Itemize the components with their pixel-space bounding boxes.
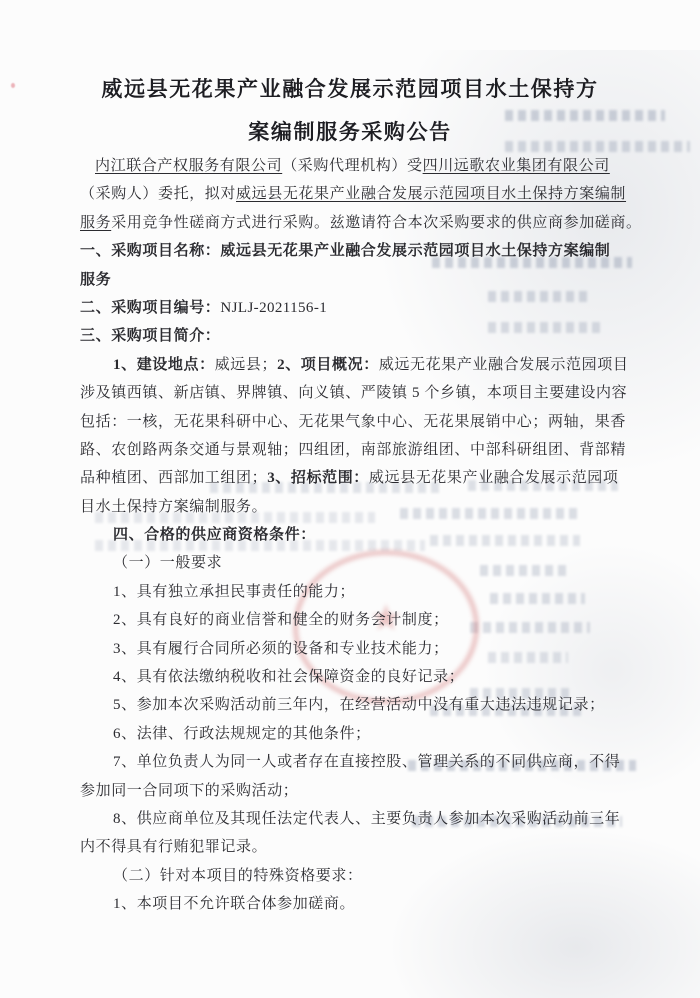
text-line: 二、采购项目编号：NJLJ-2021156-1 [80, 294, 628, 322]
text-line: 5、参加本次采购活动前三年内，在经营活动中没有重大违法违规记录； [80, 691, 628, 719]
text-line: 涉及镇西镇、新店镇、界牌镇、向义镇、严陵镇 5 个乡镇，本项目主要建设内容 [80, 379, 628, 407]
text-line: 4、具有依法缴纳税收和社会保障资金的良好记录； [80, 663, 628, 691]
text-line: 服务 [80, 266, 628, 294]
text-segment: 路、农创路两条交通与景观轴；四组团，南部旅游组团、中部科研组团、背部精 [80, 442, 626, 458]
text-segment: 四川远歌农业集团有限公司 [423, 158, 610, 174]
text-line: 目水土保持方案编制服务。 [80, 493, 628, 521]
text-line: （一）一般要求 [80, 549, 628, 577]
text-segment: 1、具有独立承担民事责任的能力； [113, 584, 355, 600]
text-segment: 采用竞争性磋商方式进行采购。兹邀请符合本次采购要求的供应商参加磋商。 [111, 215, 641, 231]
text-segment: 一、采购项目名称：威远县无花果产业融合发展示范园项目水土保持方案编制 [80, 243, 610, 259]
text-line: 6、法律、行政法规规定的其他条件； [80, 720, 628, 748]
text-segment: 涉及镇西镇、新店镇、界牌镇、向义镇、严陵镇 5 个乡镇，本项目主要建设内容 [80, 385, 627, 401]
text-line: 8、供应商单位及其现任法定代表人、主要负责人参加本次采购活动前三年 [80, 805, 628, 833]
text-segment: 6、法律、行政法规规定的其他条件； [113, 726, 371, 742]
text-line: 包括：一核，无花果科研中心、无花果气象中心、无花果展销中心；两轴，果香 [80, 408, 628, 436]
document-body: 内江联合产权服务有限公司（采购代理机构）受四川远歌农业集团有限公司（采购人）委托… [80, 152, 628, 919]
text-line: 内江联合产权服务有限公司（采购代理机构）受四川远歌农业集团有限公司 [80, 152, 628, 180]
text-line: 3、具有履行合同所必须的设备和专业技术能力； [80, 635, 628, 663]
title-line: 威远县无花果产业融合发展示范园项目水土保持方 [0, 68, 700, 111]
text-segment: （一）一般要求 [113, 555, 222, 571]
text-line: 2、具有良好的商业信誉和健全的财务会计制度； [80, 606, 628, 634]
text-segment: NJLJ-2021156-1 [220, 300, 327, 316]
text-segment: 二、采购项目编号： [80, 300, 220, 316]
text-line: 一、采购项目名称：威远县无花果产业融合发展示范园项目水土保持方案编制 [80, 237, 628, 265]
text-segment: 2、项目概况： [277, 357, 379, 373]
text-segment: （采购代理机构）受 [282, 158, 422, 174]
text-segment: （采购人）委托，拟对 [80, 186, 236, 202]
text-segment: 三、采购项目简介： [80, 328, 220, 344]
text-segment: 服务 [80, 272, 111, 288]
text-segment: 威远无花果产业融合发展示范园项目 [379, 357, 629, 373]
text-segment: 内不得具有行贿犯罪记录。 [80, 839, 267, 855]
text-line: 1、建设地点：威远县；2、项目概况：威远无花果产业融合发展示范园项目 [80, 351, 628, 379]
text-segment: 5、参加本次采购活动前三年内，在经营活动中没有重大违法违规记录； [113, 697, 605, 713]
text-line: 7、单位负责人为同一人或者存在直接控股、管理关系的不同供应商，不得 [80, 748, 628, 776]
title-line: 案编制服务采购公告 [0, 111, 700, 154]
text-segment: 3、具有履行合同所必须的设备和专业技术能力； [113, 641, 449, 657]
text-line: 三、采购项目简介： [80, 322, 628, 350]
text-segment: 威远县； [215, 357, 277, 373]
text-segment: 参加同一合同项下的采购活动； [80, 783, 298, 799]
text-line: 1、具有独立承担民事责任的能力； [80, 578, 628, 606]
text-line: 路、农创路两条交通与景观轴；四组团，南部旅游组团、中部科研组团、背部精 [80, 436, 628, 464]
text-segment: 1、本项目不允许联合体参加磋商。 [113, 896, 355, 912]
text-line: 1、本项目不允许联合体参加磋商。 [80, 890, 628, 918]
text-segment: 7、单位负责人为同一人或者存在直接控股、管理关系的不同供应商，不得 [113, 754, 620, 770]
text-segment: 4、具有依法缴纳税收和社会保障资金的良好记录； [113, 669, 464, 685]
text-segment: 目水土保持方案编制服务。 [80, 499, 267, 515]
text-segment: 内江联合产权服务有限公司 [95, 158, 282, 174]
text-segment: 8、供应商单位及其现任法定代表人、主要负责人参加本次采购活动前三年 [113, 811, 620, 827]
text-segment: 包括：一核，无花果科研中心、无花果气象中心、无花果展销中心；两轴，果香 [80, 414, 626, 430]
text-line: 品种植团、西部加工组团；3、招标范围：威远县无花果产业融合发展示范园项 [80, 464, 628, 492]
document-title: 威远县无花果产业融合发展示范园项目水土保持方 案编制服务采购公告 [0, 68, 700, 154]
text-line: 四、合格的供应商资格条件： [80, 521, 628, 549]
text-line: 服务采用竞争性磋商方式进行采购。兹邀请符合本次采购要求的供应商参加磋商。 [80, 209, 628, 237]
text-segment: 1、建设地点： [113, 357, 215, 373]
text-segment: 威远县无花果产业融合发展示范园项目水土保持方案编制 [236, 186, 626, 202]
text-segment: 3、招标范围： [267, 470, 369, 486]
scanned-document-page: ★ 威远县无花果产业融合发展示范园项目水土保持方 案编制服务采购公告 内江联合产… [0, 0, 700, 998]
text-segment: （二）针对本项目的特殊资格要求： [113, 868, 363, 884]
text-line: 内不得具有行贿犯罪记录。 [80, 833, 628, 861]
text-segment: 品种植团、西部加工组团； [80, 470, 267, 486]
text-segment: 威远县无花果产业融合发展示范园项 [369, 470, 619, 486]
text-line: （二）针对本项目的特殊资格要求： [80, 862, 628, 890]
text-line: （采购人）委托，拟对威远县无花果产业融合发展示范园项目水土保持方案编制 [80, 180, 628, 208]
text-segment: 四、合格的供应商资格条件： [113, 527, 316, 543]
text-line: 参加同一合同项下的采购活动； [80, 777, 628, 805]
text-segment: 服务 [80, 215, 111, 231]
text-segment: 2、具有良好的商业信誉和健全的财务会计制度； [113, 612, 449, 628]
